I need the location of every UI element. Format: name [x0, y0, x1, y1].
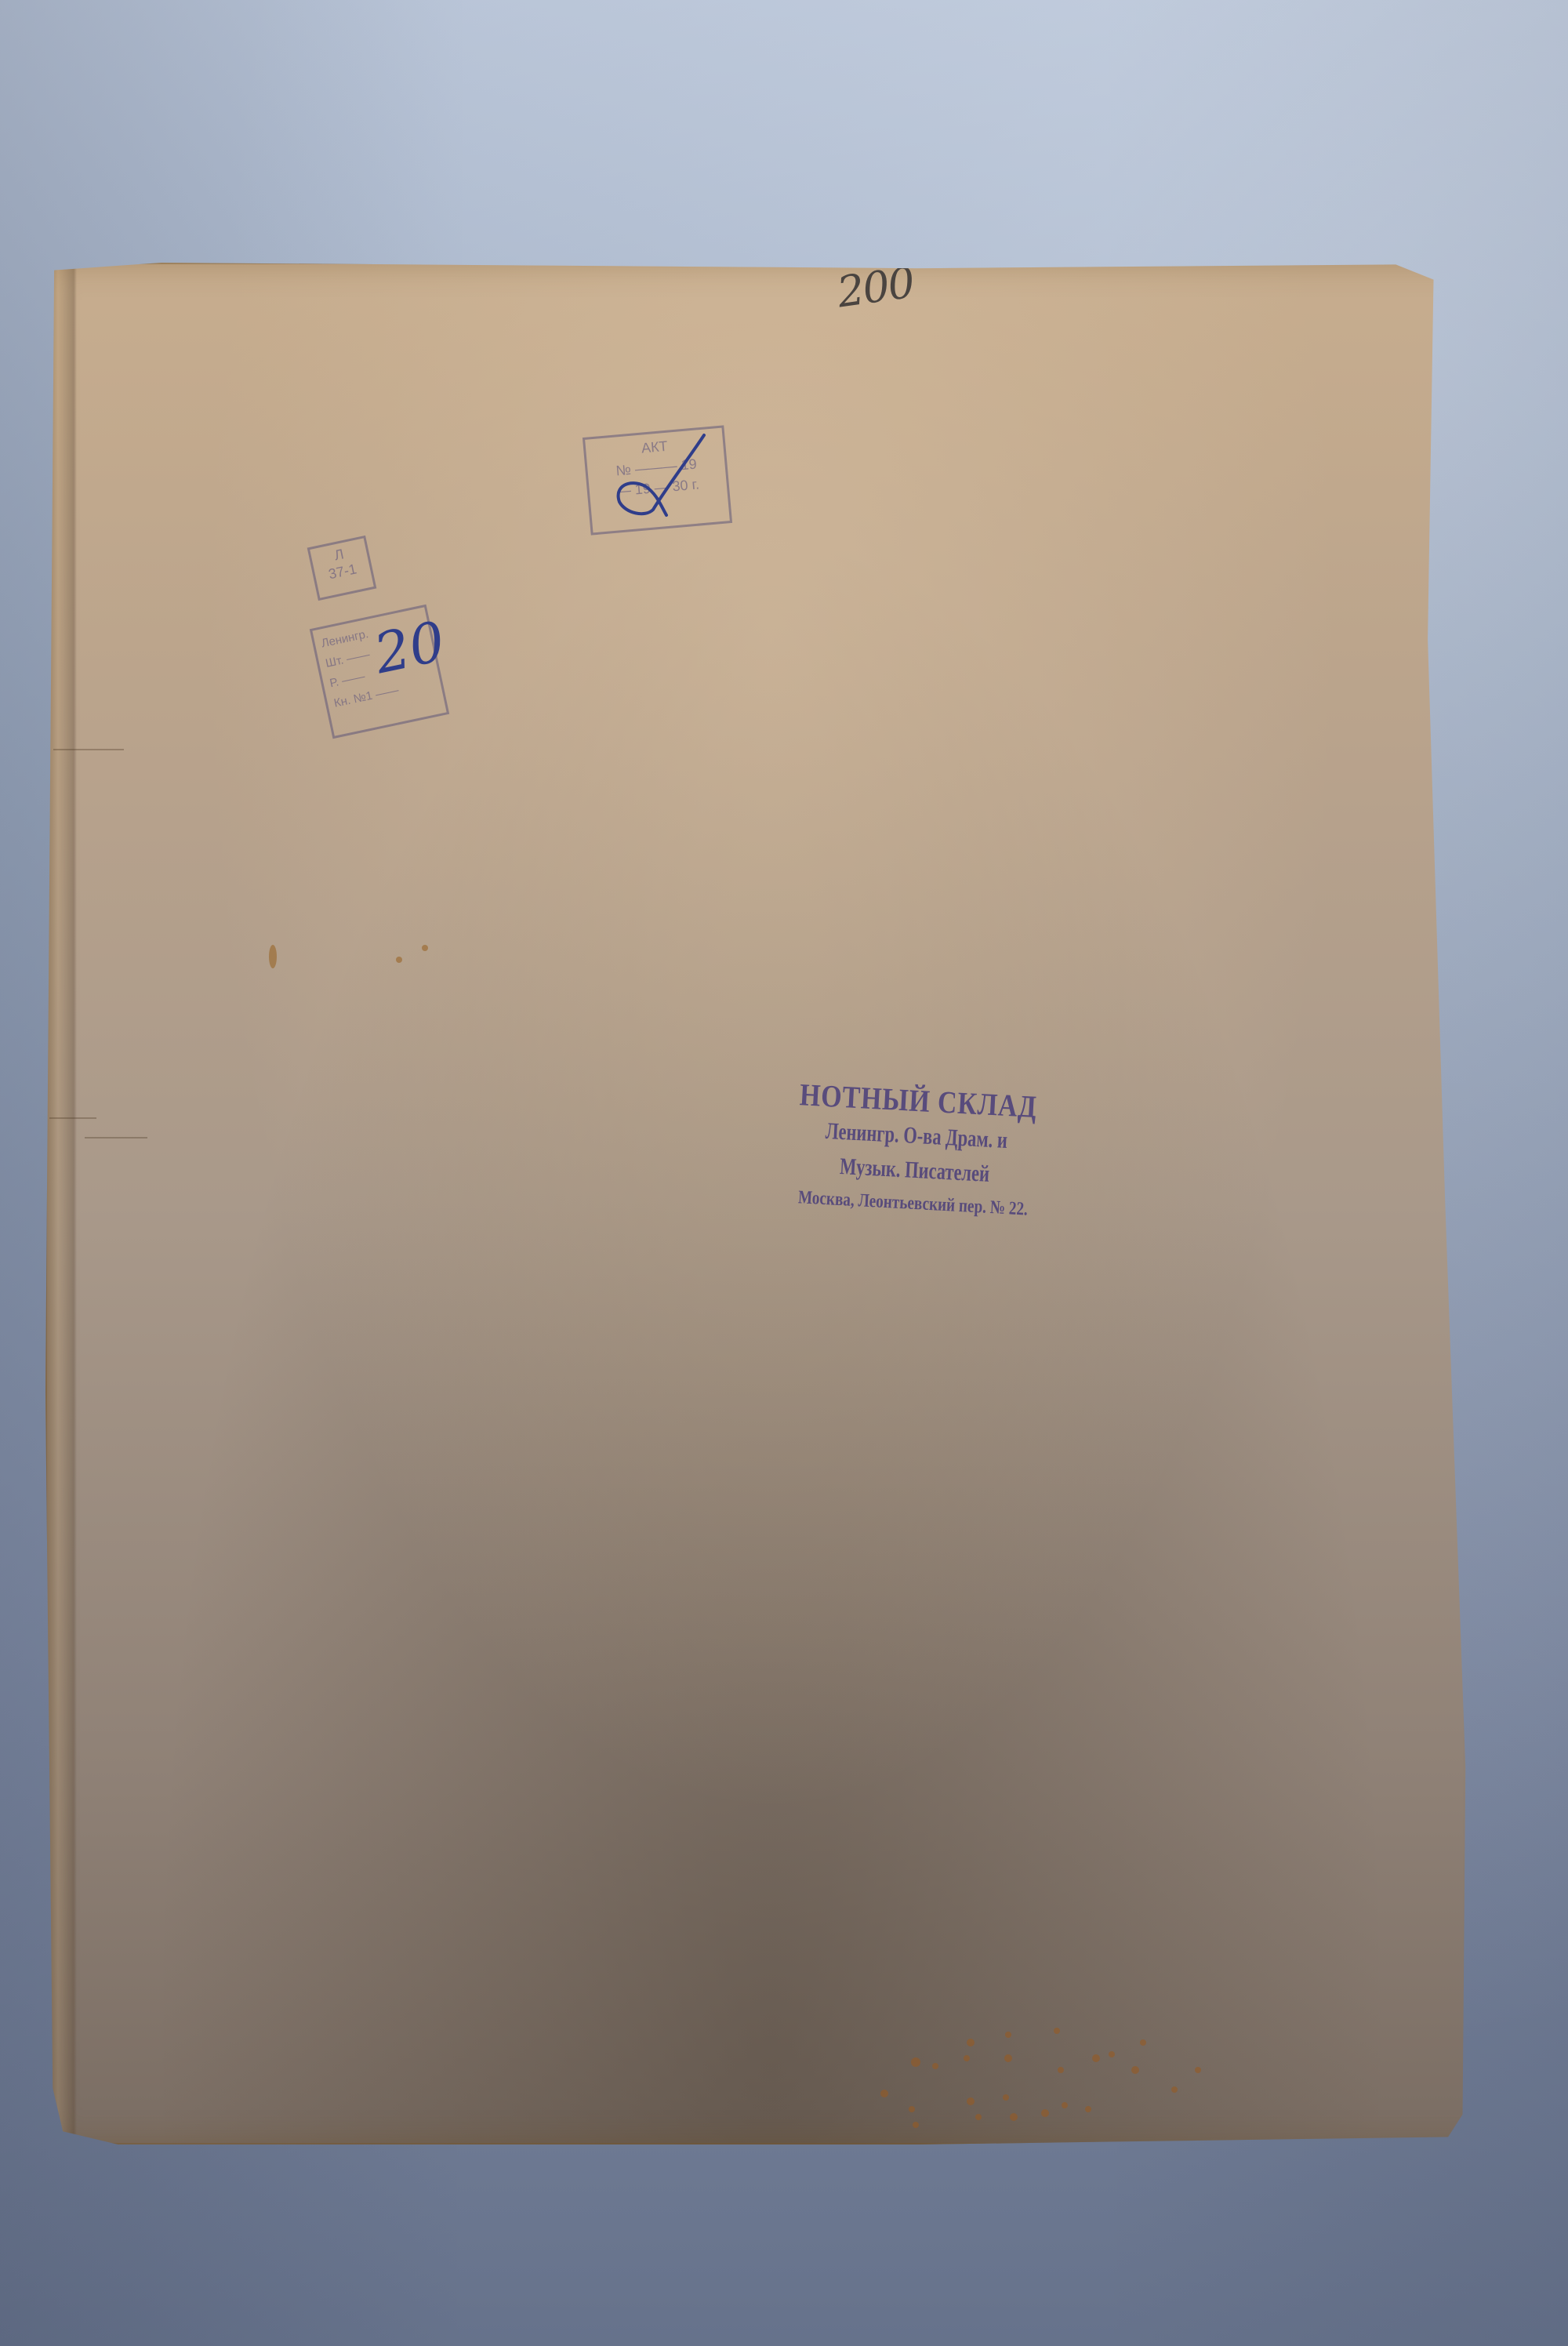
foxing-stain	[396, 957, 402, 963]
crease-mark	[85, 1137, 147, 1138]
foxing-stain	[269, 945, 277, 968]
crease-mark	[49, 1117, 96, 1119]
pen-check-mark-icon	[610, 427, 720, 521]
crease-mark	[53, 749, 124, 750]
sheet-music-shop-stamp: НОТНЫЙ СКЛАД Ленингр. О-ва Драм. и Музык…	[732, 1073, 1100, 1229]
shelf-mark-stamp: Л 37-1	[307, 536, 377, 601]
sheet-music-back-cover: 200 АКТ № ——— 19 — 19 — 30 г. Л 37-1 Лен…	[45, 263, 1497, 2144]
rust-stain-area	[837, 2011, 1214, 2152]
foxing-stain	[422, 945, 428, 951]
